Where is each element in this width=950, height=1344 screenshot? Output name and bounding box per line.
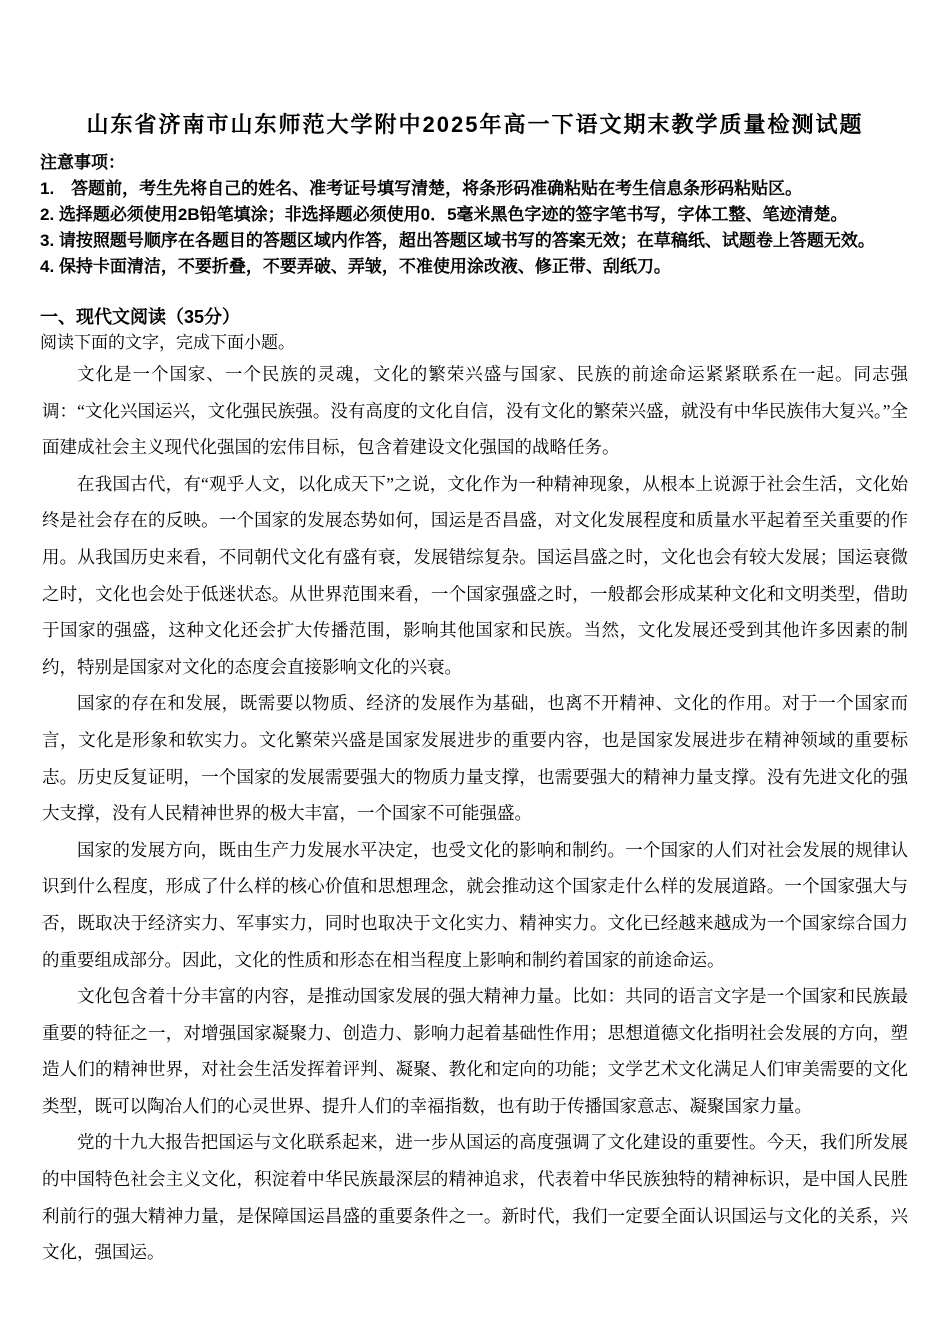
- notice-section: 注意事项： 1. 答题前，考生先将自己的姓名、准考证号填写清楚，将条形码准确粘贴…: [40, 150, 910, 280]
- passage-paragraph-6: 党的十九大报告把国运与文化联系起来，进一步从国运的高度强调了文化建设的重要性。今…: [42, 1124, 908, 1270]
- passage-paragraph-3: 国家的存在和发展，既需要以物质、经济的发展作为基础，也离不开精神、文化的作用。对…: [42, 685, 908, 831]
- notice-item-4: 4. 保持卡面清洁，不要折叠，不要弄破、弄皱，不准使用涂改液、修正带、刮纸刀。: [40, 254, 910, 280]
- notice-item-3: 3. 请按照题号顺序在各题目的答题区域内作答，超出答题区域书写的答案无效；在草稿…: [40, 228, 910, 254]
- notice-item-2: 2. 选择题必须使用2B铅笔填涂；非选择题必须使用0．5毫米黑色字迹的签字笔书写…: [40, 202, 910, 228]
- passage-paragraph-4: 国家的发展方向，既由生产力发展水平决定，也受文化的影响和制约。一个国家的人们对社…: [42, 832, 908, 978]
- page-title: 山东省济南市山东师范大学附中2025年高一下语文期末教学质量检测试题: [0, 0, 950, 142]
- exam-paper-page: 山东省济南市山东师范大学附中2025年高一下语文期末教学质量检测试题 注意事项：…: [0, 0, 950, 1344]
- notice-item-1: 1. 答题前，考生先将自己的姓名、准考证号填写清楚，将条形码准确粘贴在考生信息条…: [40, 176, 910, 202]
- passage-paragraph-2: 在我国古代，有“观乎人文，以化成天下”之说，文化作为一种精神现象，从根本上说源于…: [42, 466, 908, 686]
- reading-passage: 文化是一个国家、一个民族的灵魂，文化的繁荣兴盛与国家、民族的前途命运紧紧联系在一…: [0, 356, 950, 1271]
- reading-instruction: 阅读下面的文字，完成下面小题。: [40, 330, 910, 356]
- passage-paragraph-1: 文化是一个国家、一个民族的灵魂，文化的繁荣兴盛与国家、民族的前途命运紧紧联系在一…: [42, 356, 908, 466]
- notice-heading: 注意事项：: [40, 150, 910, 176]
- section-one-heading: 一、现代文阅读（35分）: [40, 304, 910, 330]
- passage-paragraph-5: 文化包含着十分丰富的内容，是推动国家发展的强大精神力量。比如：共同的语言文字是一…: [42, 978, 908, 1124]
